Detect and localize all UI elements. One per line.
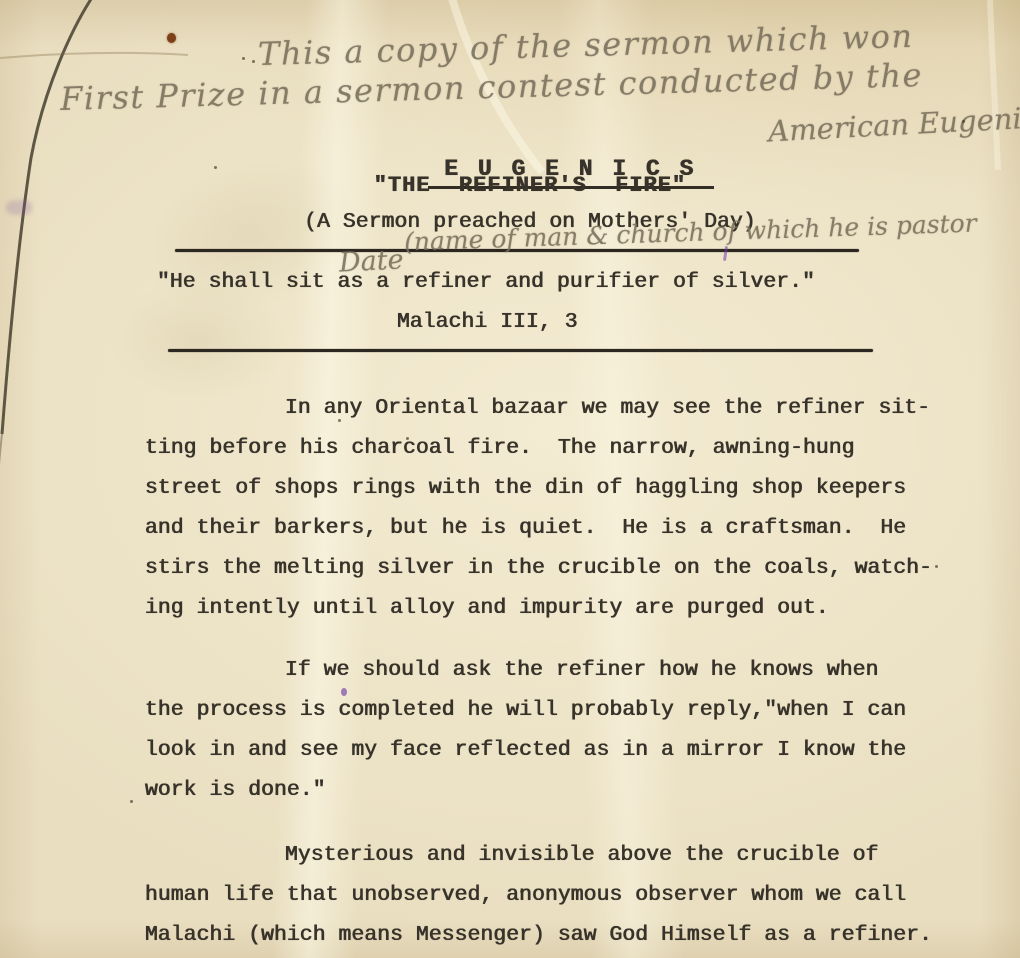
body-line: Malachi (which means Messenger) saw God … [145,915,935,955]
paragraph-3: Mysterious and invisible above the cruci… [145,835,935,955]
body-line: look in and see my face reflected as in … [145,730,935,770]
sermon-subtitle: "THE REFINER'S FIRE" [150,173,910,198]
paragraph-2: If we should ask the refiner how he know… [145,650,935,810]
paper-speck [520,890,523,893]
sermon-body: In any Oriental bazaar we may see the re… [145,388,935,955]
body-line: and their barkers, but he is quiet. He i… [145,508,935,548]
paper-speck [130,800,133,803]
paper-speck [700,350,702,352]
body-line: Mysterious and invisible above the cruci… [145,835,935,875]
typed-content: E U G E N I C S "THE REFINER'S FIRE" (A … [0,0,1020,958]
paragraph-1: In any Oriental bazaar we may see the re… [145,388,935,628]
body-line: If we should ask the refiner how he know… [145,650,935,690]
scripture-epigraph: "He shall sit as a refiner and purifier … [157,270,815,294]
paper-speck [338,419,341,422]
body-line: human life that unobserved, anonymous ob… [145,875,935,915]
paper-speck [252,60,255,63]
divider-rule-bottom [168,349,873,352]
body-line: street of shops rings with the din of ha… [145,468,935,508]
body-line: stirs the melting silver in the crucible… [145,548,935,588]
body-line: ing intently until alloy and impurity ar… [145,588,935,628]
body-line: ting before his charcoal fire. The narro… [145,428,935,468]
body-line: work is done." [145,770,935,810]
body-line: the process is completed he will probabl… [145,690,935,730]
scripture-citation: Malachi III, 3 [397,310,578,334]
body-line: In any Oriental bazaar we may see the re… [145,388,935,428]
paper-speck [458,520,461,523]
paper-speck [214,166,217,169]
document-page: This a copy of the sermon which won Firs… [0,0,1020,958]
paper-speck [242,57,245,60]
purple-smudge [6,200,32,215]
paper-speck [406,437,409,440]
handwritten-date-label: Date [338,244,404,278]
rust-stain [167,33,176,43]
paper-speck [935,565,938,568]
purple-ink-speck [341,688,347,696]
paper-speck [962,120,965,123]
